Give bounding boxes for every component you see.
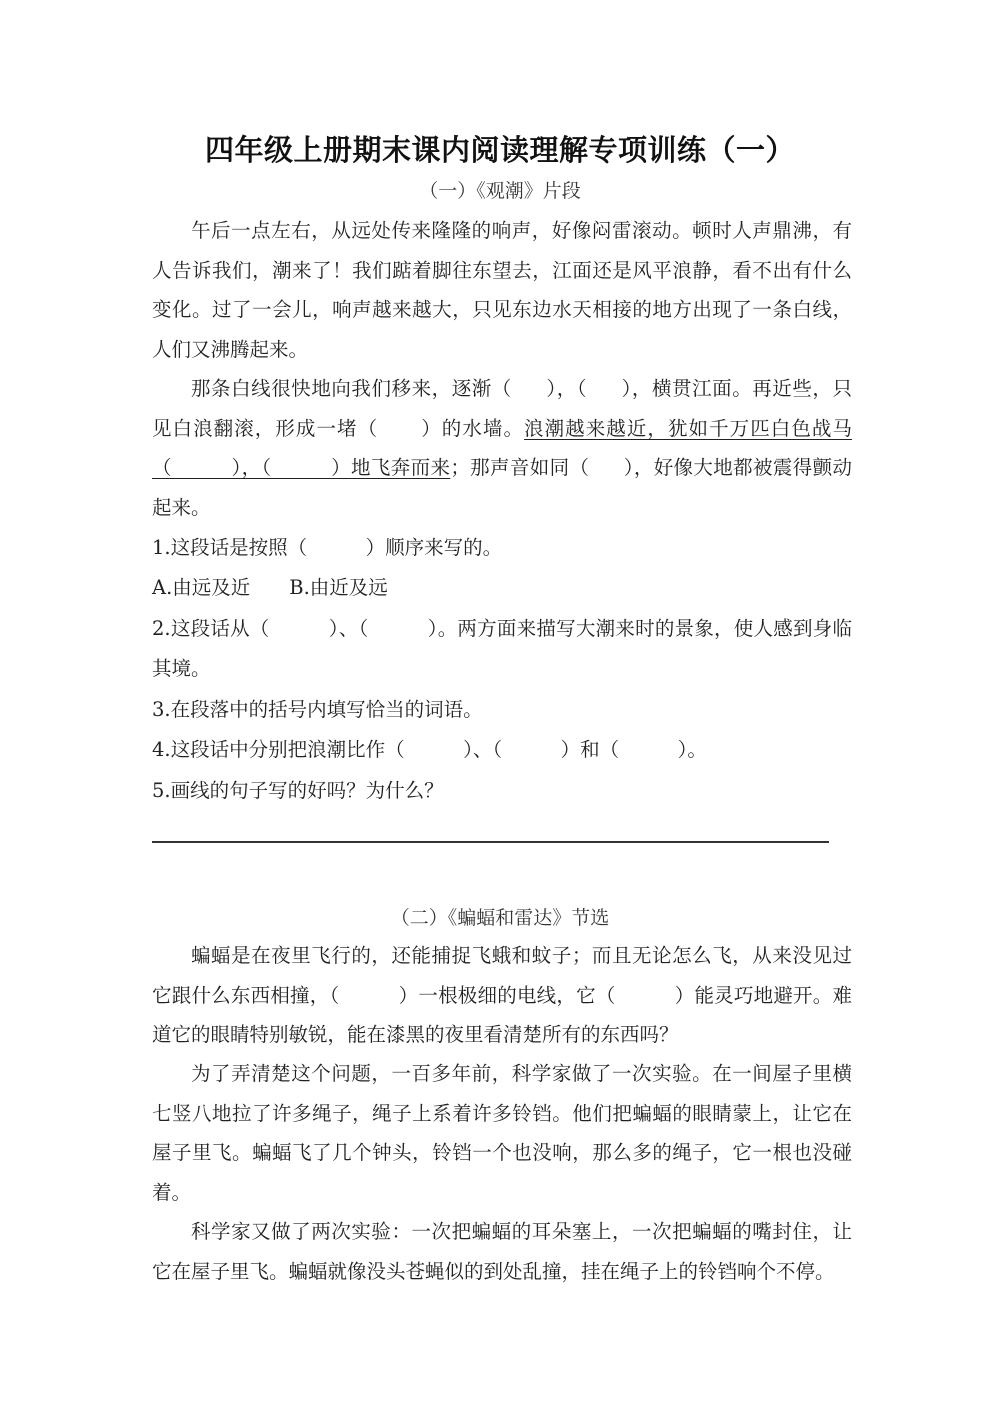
section1-paragraph1: 午后一点左右，从远处传来隆隆的响声，好像闷雷滚动。顿时人声鼎沸，有人告诉我们，潮…	[152, 211, 852, 369]
question-4: 4.这段话中分别把浪潮比作（ ）、（ ）和（ ）。	[152, 730, 862, 770]
p2-text1: 那条白线很快地向我们移来，逐渐（	[191, 377, 512, 400]
section2-paragraph2: 为了弄清楚这个问题，一百多年前，科学家做了一次实验。在一间屋子里横七竖八地拉了许…	[152, 1054, 852, 1212]
section1-paragraph2: 那条白线很快地向我们移来，逐渐（），（），横贯江面。再近些，只见白浪翻滚，形成一…	[152, 369, 852, 527]
p2-text2: ），（	[546, 377, 587, 400]
question-2: 2.这段话从（ ）、（ ）。两方面来描写大潮来时的景象，使人感到身临其境。	[152, 609, 852, 688]
section2-paragraph1: 蝙蝠是在夜里飞行的，还能捕捉飞蛾和蚊子；而且无论怎么飞，从来没见过它跟什么东西相…	[152, 936, 852, 1055]
section1-heading: （一）《观潮》片段	[0, 176, 1000, 203]
question-3: 3.在段落中的括号内填写恰当的词语。	[152, 690, 862, 730]
section2-heading: （二）《蝙蝠和雷达》节选	[0, 903, 1000, 930]
question-1: 1.这段话是按照（ ）顺序来写的。	[152, 528, 862, 568]
question-1-options: A.由远及近 B.由近及远	[152, 568, 862, 608]
p2-text5: ；那声音如同（	[450, 456, 589, 479]
section2-paragraph3: 科学家又做了两次实验：一次把蝙蝠的耳朵塞上，一次把蝙蝠的嘴封住，让它在屋子里飞。…	[152, 1212, 852, 1291]
question-5: 5.画线的句子写的好吗？为什么？	[152, 771, 862, 811]
page-title: 四年级上册期末课内阅读理解专项训练（一）	[0, 128, 1000, 169]
answer-line[interactable]	[152, 841, 829, 843]
p2-text4: ）的水墙。	[420, 417, 524, 440]
